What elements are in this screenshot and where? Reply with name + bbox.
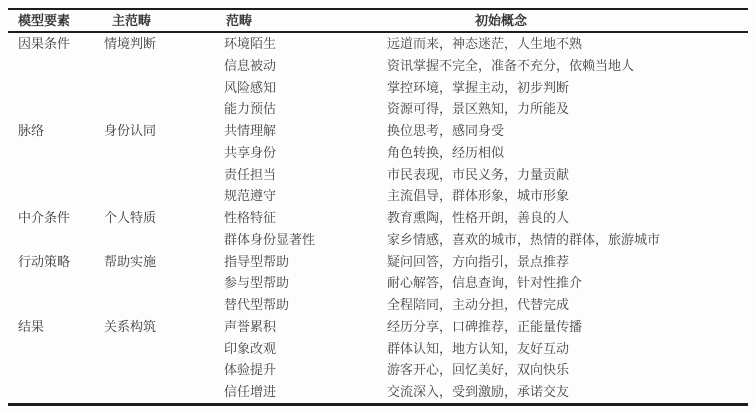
cell-element <box>8 55 104 77</box>
table-row: 因果条件 情境判断 环境陌生 远道而来，神态迷茫，人生地不熟 <box>8 32 748 55</box>
cell-category: 指导型帮助 <box>222 251 385 273</box>
cell-element <box>8 164 104 186</box>
table-row: 能力预估 资源可得，景区熟知，力所能及 <box>8 98 748 120</box>
table-row: 责任担当 市民表现，市民义务，力量贡献 <box>8 164 748 186</box>
cell-element <box>8 338 104 360</box>
cell-category: 环境陌生 <box>222 32 385 55</box>
cell-category: 风险感知 <box>222 77 385 99</box>
cell-element <box>8 294 104 316</box>
header-main-category: 主范畴 <box>104 9 222 32</box>
cell-initial-concept: 全程陪同，主动分担，代替完成 <box>385 294 748 316</box>
cell-initial-concept: 群体认知，地方认知，友好互动 <box>385 338 748 360</box>
cell-main-category: 关系构筑 <box>104 316 222 338</box>
header-category: 范畴 <box>222 9 385 32</box>
cell-category: 共享身份 <box>222 142 385 164</box>
cell-category: 规范遵守 <box>222 185 385 207</box>
header-initial-concept: 初始概念 <box>385 9 748 32</box>
cell-main-category: 帮助实施 <box>104 251 222 273</box>
header-element: 模型要素 <box>8 9 104 32</box>
cell-initial-concept: 市民表现，市民义务，力量贡献 <box>385 164 748 186</box>
cell-element: 行动策略 <box>8 251 104 273</box>
table-row: 共享身份 角色转换，经历相似 <box>8 142 748 164</box>
cell-element <box>8 272 104 294</box>
paper-table-page: 模型要素 主范畴 范畴 初始概念 因果条件 情境判断 环境陌生 远道而来，神态迷… <box>0 0 755 412</box>
cell-main-category <box>104 381 222 404</box>
cell-element: 结果 <box>8 316 104 338</box>
table-row: 中介条件 个人特质 性格特征 教育熏陶，性格开朗，善良的人 <box>8 207 748 229</box>
cell-main-category: 情境判断 <box>104 32 222 55</box>
table-row: 结果 关系构筑 声誉累积 经历分享，口碑推荐，正能量传播 <box>8 316 748 338</box>
cell-category: 体验提升 <box>222 359 385 381</box>
cell-element <box>8 359 104 381</box>
table-row: 风险感知 掌控环境，掌握主动，初步判断 <box>8 77 748 99</box>
cell-element: 脉络 <box>8 120 104 142</box>
cell-initial-concept: 主流倡导，群体形象，城市形象 <box>385 185 748 207</box>
cell-main-category <box>104 185 222 207</box>
cell-main-category <box>104 55 222 77</box>
table-row: 参与型帮助 耐心解答，信息查询，针对性推介 <box>8 272 748 294</box>
cell-initial-concept: 资源可得，景区熟知，力所能及 <box>385 98 748 120</box>
table-header-row: 模型要素 主范畴 范畴 初始概念 <box>8 9 748 32</box>
table-row: 替代型帮助 全程陪同，主动分担，代替完成 <box>8 294 748 316</box>
cell-category: 信息被动 <box>222 55 385 77</box>
cell-initial-concept: 经历分享，口碑推荐，正能量传播 <box>385 316 748 338</box>
table-row: 规范遵守 主流倡导，群体形象，城市形象 <box>8 185 748 207</box>
cell-initial-concept: 交流深入，受到激励，承诺交友 <box>385 381 748 404</box>
cell-main-category: 个人特质 <box>104 207 222 229</box>
cell-initial-concept: 角色转换，经历相似 <box>385 142 748 164</box>
cell-element <box>8 229 104 251</box>
cell-initial-concept: 远道而来，神态迷茫，人生地不熟 <box>385 32 748 55</box>
cell-main-category <box>104 272 222 294</box>
table-row: 群体身份显著性 家乡情感，喜欢的城市，热情的群体，旅游城市 <box>8 229 748 251</box>
table-row: 体验提升 游客开心，回忆美好，双向快乐 <box>8 359 748 381</box>
cell-element <box>8 142 104 164</box>
cell-main-category <box>104 164 222 186</box>
table-row: 信任增进 交流深入，受到激励，承诺交友 <box>8 381 748 404</box>
cell-element <box>8 185 104 207</box>
cell-category: 信任增进 <box>222 381 385 404</box>
cell-main-category <box>104 229 222 251</box>
cell-category: 印象改观 <box>222 338 385 360</box>
cell-element: 中介条件 <box>8 207 104 229</box>
cell-category: 群体身份显著性 <box>222 229 385 251</box>
cell-category: 责任担当 <box>222 164 385 186</box>
table-row: 脉络 身份认同 共情理解 换位思考，感同身受 <box>8 120 748 142</box>
cell-category: 性格特征 <box>222 207 385 229</box>
cell-category: 替代型帮助 <box>222 294 385 316</box>
cell-element: 因果条件 <box>8 32 104 55</box>
cell-element <box>8 381 104 404</box>
cell-category: 能力预估 <box>222 98 385 120</box>
cell-main-category <box>104 294 222 316</box>
cell-main-category <box>104 77 222 99</box>
coding-table: 模型要素 主范畴 范畴 初始概念 因果条件 情境判断 环境陌生 远道而来，神态迷… <box>8 8 748 406</box>
cell-initial-concept: 耐心解答，信息查询，针对性推介 <box>385 272 748 294</box>
cell-main-category <box>104 98 222 120</box>
cell-initial-concept: 疑问回答，方向指引，景点推荐 <box>385 251 748 273</box>
cell-initial-concept: 掌控环境，掌握主动，初步判断 <box>385 77 748 99</box>
cell-initial-concept: 教育熏陶，性格开朗，善良的人 <box>385 207 748 229</box>
cell-element <box>8 98 104 120</box>
table-row: 行动策略 帮助实施 指导型帮助 疑问回答，方向指引，景点推荐 <box>8 251 748 273</box>
table-row: 信息被动 资讯掌握不完全，准备不充分，依赖当地人 <box>8 55 748 77</box>
cell-main-category <box>104 338 222 360</box>
table-row: 印象改观 群体认知，地方认知，友好互动 <box>8 338 748 360</box>
cell-main-category <box>104 142 222 164</box>
cell-element <box>8 77 104 99</box>
cell-category: 共情理解 <box>222 120 385 142</box>
cell-initial-concept: 换位思考，感同身受 <box>385 120 748 142</box>
cell-category: 声誉累积 <box>222 316 385 338</box>
cell-initial-concept: 家乡情感，喜欢的城市，热情的群体，旅游城市 <box>385 229 748 251</box>
cell-initial-concept: 资讯掌握不完全，准备不充分，依赖当地人 <box>385 55 748 77</box>
cell-initial-concept: 游客开心，回忆美好，双向快乐 <box>385 359 748 381</box>
cell-main-category <box>104 359 222 381</box>
cell-main-category: 身份认同 <box>104 120 222 142</box>
cell-category: 参与型帮助 <box>222 272 385 294</box>
